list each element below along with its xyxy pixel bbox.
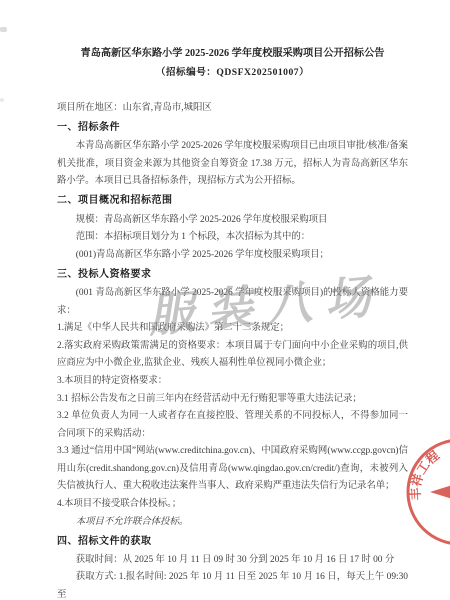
paragraph: 3.3 通过“信用中国”网站(www.creditchina.gov.cn)、中…: [57, 443, 408, 496]
section-heading: 二、项目概况和招标范围: [57, 192, 408, 210]
paragraph: 1.满足《中华人民共和国政府采购法》第二十二条规定；: [57, 320, 408, 338]
project-location: 项目所在地区：山东省,青岛市,城阳区: [57, 100, 408, 118]
scan-artifact: [0, 98, 4, 102]
document: 青岛高新区华东路小学 2025-2026 学年度校服采购项目公开招标公告 （招标…: [57, 44, 408, 600]
tender-number: （招标编号：QDSFX202501007）: [57, 63, 408, 82]
paragraph: 本项目不允许联合体投标。: [57, 514, 408, 532]
paragraph: 范围：本招标项目划分为 1 个标段，本次招标为其中的：: [57, 229, 408, 247]
paragraph: 3.1 招标公告发布之日前三年内在经营活动中无行贿犯罪等重大违法记录；: [57, 391, 408, 409]
section-heading: 一、招标条件: [57, 119, 408, 137]
paragraph: 4.本项目不接受联合体投标。；: [57, 496, 408, 514]
paragraph: 本青岛高新区华东路小学 2025-2026 学年度校服采购项目已由项目审批/核准…: [57, 138, 408, 191]
seal-arc-text: 丰祥工程: [408, 447, 443, 500]
seal-star: [430, 464, 450, 521]
seal-circle: [408, 440, 450, 544]
paragraph: (001 青岛高新区华东路小学 2025-2026 学年度校服采购项目)的投标人…: [57, 285, 408, 320]
paragraph: 3.2 单位负责人为同一人或者存在直接控股、管理关系的不同投标人，不得参加同一合…: [57, 408, 408, 443]
document-body: 一、招标条件本青岛高新区华东路小学 2025-2026 学年度校服采购项目已由项…: [57, 119, 408, 600]
scan-artifact: [0, 27, 7, 32]
announcement-page: 青岛高新区华东路小学 2025-2026 学年度校服采购项目公开招标公告 （招标…: [0, 0, 450, 600]
paragraph: 获取时间：从 2025 年 10 月 11 日 09 时 30 分到 2025 …: [57, 552, 408, 570]
paragraph: 3.本项目的特定资格要求：: [57, 373, 408, 391]
section-heading: 三、投标人资格要求: [57, 266, 408, 284]
page-title: 青岛高新区华东路小学 2025-2026 学年度校服采购项目公开招标公告: [57, 44, 408, 63]
paragraph: (001)青岛高新区华东路小学 2025-2026 学年度校服采购项目；: [57, 247, 408, 265]
paragraph: 2.落实政府采购政策需满足的资格要求：本项目属于专门面向中小企业采购的项目,供应…: [57, 338, 408, 373]
paragraph: 规模：青岛高新区华东路小学 2025-2026 学年度校服采购项目: [57, 212, 408, 230]
section-heading: 四、招标文件的获取: [57, 533, 408, 551]
paragraph: 获取方式: 1.报名时间: 2025 年 10 月 11 日至 2025 年 1…: [57, 569, 408, 600]
